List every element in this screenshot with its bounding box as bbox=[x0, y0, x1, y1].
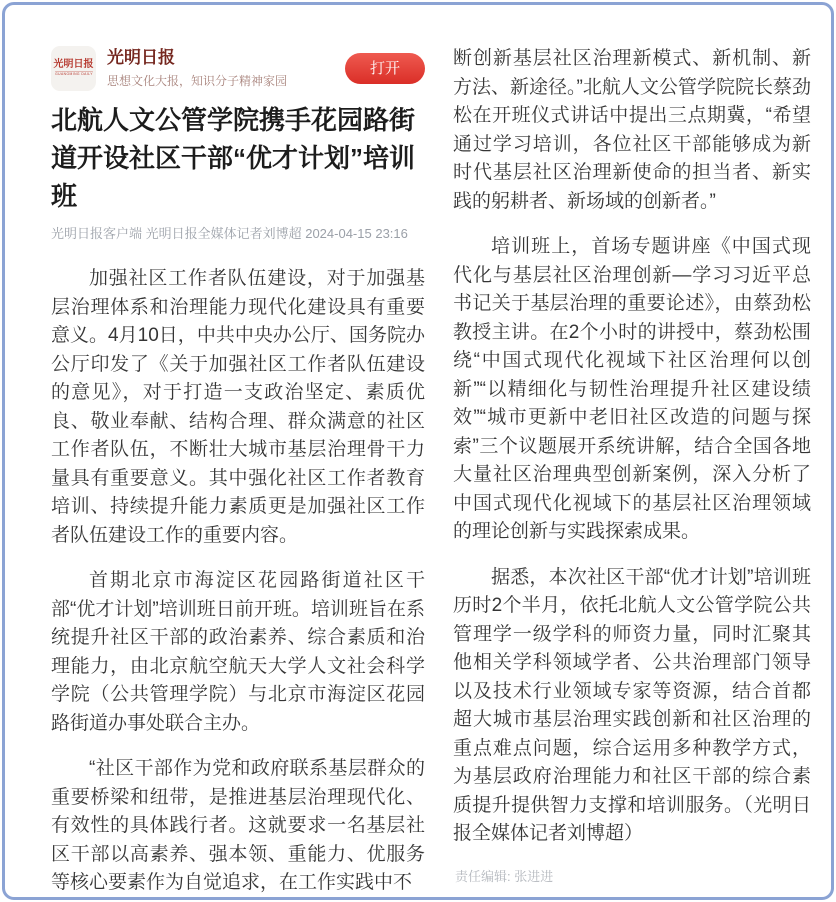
guangming-daily-logo: 光明日报 GUANGMING DAILY bbox=[51, 46, 96, 91]
article-paragraph: “社区干部作为党和政府联系基层群众的重要桥梁和纽带，是推进基层治理现代化、有效性… bbox=[51, 755, 425, 898]
editor-credit: 责任编辑: 张进进 bbox=[453, 866, 811, 901]
right-column: 断创新基层社区治理新模式、新机制、新方法、新途径。”北航人文公管学院院长蔡劲松在… bbox=[453, 45, 811, 897]
article-byline: 光明日报客户端 光明日报全媒体记者刘博超 2024-04-15 23:16 bbox=[51, 223, 425, 242]
left-column: 光明日报 GUANGMING DAILY 光明日报 思想文化大报，知识分子精神家… bbox=[51, 45, 425, 897]
app-header: 光明日报 GUANGMING DAILY 光明日报 思想文化大报，知识分子精神家… bbox=[51, 45, 425, 91]
article-paragraph: 培训班上，首场专题讲座《中国式现代化与基层社区治理创新—学习习近平总书记关于基层… bbox=[453, 233, 811, 547]
open-app-button[interactable]: 打开 bbox=[345, 53, 425, 84]
article-paragraph: 首期北京市海淀区花园路街道社区干部“优才计划”培训班日前开班。培训班旨在系统提升… bbox=[51, 567, 425, 738]
article-paragraph: 据悉，本次社区干部“优才计划”培训班历时2个半月，依托北航人文公管学院公共管理学… bbox=[453, 564, 811, 849]
article-paragraph-continuation: 断创新基层社区治理新模式、新机制、新方法、新途径。”北航人文公管学院院长蔡劲松在… bbox=[453, 45, 811, 216]
logo-calligraphy-text: 光明日报 bbox=[54, 55, 94, 70]
article-page: 光明日报 GUANGMING DAILY 光明日报 思想文化大报，知识分子精神家… bbox=[5, 5, 831, 897]
article-paragraph: 加强社区工作者队伍建设，对于加强基层治理体系和治理能力现代化建设具有重要意义。4… bbox=[51, 265, 425, 550]
logo-subtext: GUANGMING DAILY bbox=[55, 71, 93, 76]
app-name: 光明日报 bbox=[107, 48, 345, 68]
app-tagline: 思想文化大报，知识分子精神家园 bbox=[107, 72, 345, 89]
article-title: 北航人文公管学院携手花园路街道开设社区干部“优才计划”培训班 bbox=[51, 101, 425, 215]
page-frame: 光明日报 GUANGMING DAILY 光明日报 思想文化大报，知识分子精神家… bbox=[2, 2, 834, 900]
app-info: 光明日报 思想文化大报，知识分子精神家园 bbox=[107, 48, 345, 89]
